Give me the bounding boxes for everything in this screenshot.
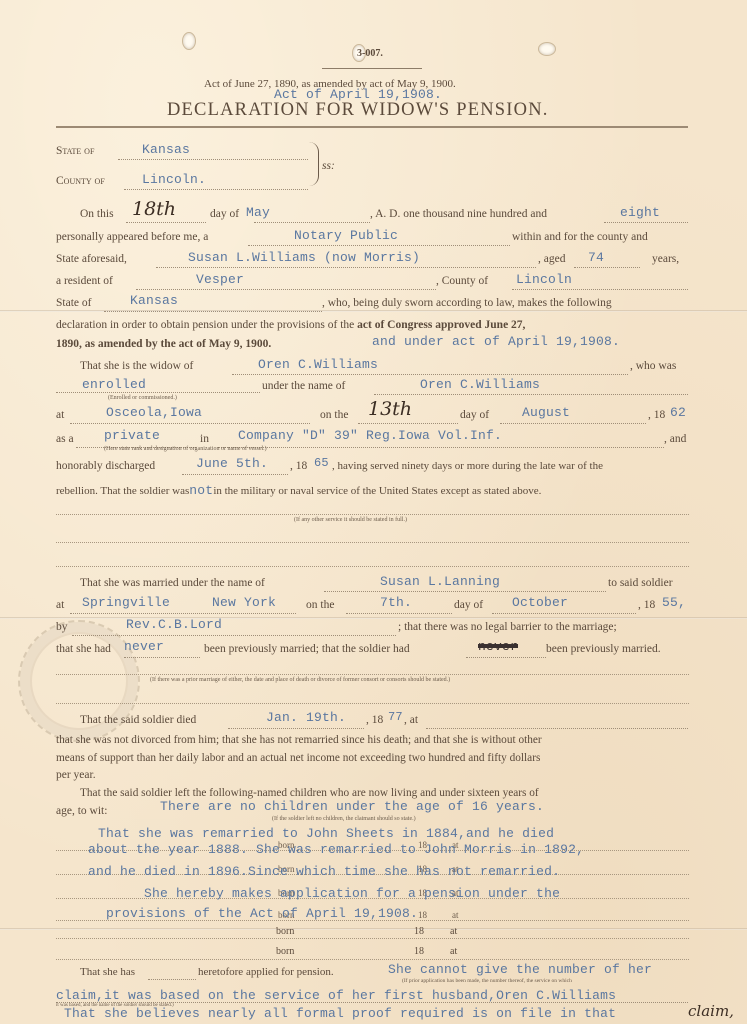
fold-line [0,928,747,930]
marriage-state-field[interactable]: New York [212,595,276,610]
prior-claim-field[interactable]: claim,it was based on the service of her… [56,988,616,1003]
hint-prior-marriage: (If there was a prior marriage of either… [150,677,450,683]
rebellion-line: rebellion. That the soldier wasnotin the… [56,483,541,498]
title-rule [56,126,688,128]
officer-field[interactable]: Notary Public [294,228,398,243]
discharge-year-field[interactable]: 65 [314,456,329,470]
label-at-row: at [450,946,457,957]
organization-field[interactable]: Company "D" 39" Reg.Iowa Vol.Inf. [238,428,502,443]
hint-children: (If the soldier left no children, the cl… [272,816,416,822]
remarriage-line-3: and he died in 1896.Since which time she… [88,864,560,879]
hint-enrolled: (Enrolled or commissioned.) [108,395,177,401]
label-18-3: , 18 [638,599,655,611]
enlist-month-field[interactable]: August [522,405,570,420]
label-at-3: , at [404,714,418,726]
label-on-the: on the [320,409,348,421]
day-field[interactable]: 18th [132,198,176,220]
application-line-2: provisions of the Act of April 19,1908. [106,906,418,921]
label-day-of: day of [210,208,239,220]
proof-on-file-field[interactable]: That she believes nearly all formal proo… [64,1006,616,1021]
label-18-row: 18 [414,926,424,937]
page-title: DECLARATION FOR WIDOW'S PENSION. [167,100,549,121]
label-died: That the said soldier died [80,714,196,726]
punch-hole [538,42,556,56]
soldier-previously-married-field[interactable]: never [478,639,518,654]
child-row-line [56,959,689,960]
blank-line [56,674,689,675]
month-field[interactable]: May [246,205,270,220]
label-she-has: That she has [80,966,135,978]
header-rule [322,68,422,69]
label-day-of-3: day of [454,599,483,611]
blank-line [56,566,689,567]
label-years: years, [652,253,679,265]
support-text: means of support than her daily labor an… [56,752,540,764]
label-18: , 18 [648,409,665,421]
hint-prior-application: (If prior application has been made, the… [402,978,572,984]
fold-line [0,617,747,619]
children-field[interactable]: There are no children under the age of 1… [160,799,544,814]
label-previously-end: been previously married. [546,643,661,655]
label-by: by [56,621,68,633]
resident-county-field[interactable]: Lincoln [516,272,572,287]
remarriage-line-1: That she was remarried to John Sheets in… [98,826,554,841]
enlist-year-field[interactable]: 62 [670,405,686,420]
label-on-the-2: on the [306,599,334,611]
hint-rank: (Here state rank and designation of orga… [104,446,267,452]
divorce-text: that she was not divorced from him; that… [56,734,542,746]
child-row-line [56,938,689,939]
per-year-text: per year. [56,769,96,781]
marriage-day-field[interactable]: 7th. [380,595,412,610]
hint-other-service: (If any other service it should be state… [294,517,407,523]
label-at-2: at [56,599,64,611]
residence-field[interactable]: Vesper [196,272,244,287]
form-number: 3-007. [357,48,383,59]
label-under-name: under the name of [262,380,345,392]
resident-state-field[interactable]: Kansas [130,293,178,308]
marriage-month-field[interactable]: October [512,595,568,610]
label-at: at [56,409,64,421]
label-within: within and for the county and [512,231,648,243]
claimant-name-field[interactable]: Susan L.Williams (now Morris) [188,250,420,265]
act-typed-addendum: and under act of April 19,1908. [372,334,620,349]
rank-field[interactable]: private [104,428,160,443]
death-date-field[interactable]: Jan. 19th. [266,710,346,725]
venue-county-field[interactable]: Lincoln. [142,172,206,187]
label-who-was: , who was [630,360,676,372]
enrolled-field[interactable]: enrolled [82,377,146,392]
label-resident: a resident of [56,275,113,287]
label-widow-of: That she is the widow of [80,360,193,372]
label-sworn: , who, being duly sworn according to law… [322,297,612,309]
soldier-name-field[interactable]: Oren C.Williams [258,357,378,372]
label-county-of: , County of [436,275,488,287]
state-label: State of [56,145,94,157]
label-to-wit: age, to wit: [56,805,107,817]
marriage-city-field[interactable]: Springville [82,595,170,610]
label-on-this: On this [80,208,114,220]
label-to-soldier: to said soldier [608,577,673,589]
blank-line [56,514,689,515]
handwritten-claim: claim, [688,1002,734,1020]
venue-state-field[interactable]: Kansas [142,142,190,157]
enlist-place-field[interactable]: Osceola,Iowa [106,405,202,420]
label-18-row: 18 [418,910,427,920]
label-as-a: as a [56,433,74,445]
label-ad: , A. D. one thousand nine hundred and [370,208,547,220]
prior-application-field[interactable]: She cannot give the number of her [388,962,652,977]
age-field[interactable]: 74 [588,250,604,265]
discharge-date-field[interactable]: June 5th. [196,456,268,471]
death-year-field[interactable]: 77 [388,710,403,724]
blank-line [56,703,689,704]
application-line-1: She hereby makes application for a pensi… [144,886,560,901]
punch-hole [182,32,196,50]
label-appeared: personally appeared before me, a [56,231,208,243]
label-in: in [200,433,209,445]
label-day-of-2: day of [460,409,489,421]
label-applied: heretofore applied for pension. [198,966,334,978]
label-married: That she was married under the name of [80,577,265,589]
label-at-row: at [450,926,457,937]
brace [308,142,319,186]
label-state-aforesaid: State aforesaid, [56,253,127,265]
marriage-year-field[interactable]: 55, [662,595,686,610]
ss-label: ss: [322,160,335,172]
act-bold-line: 1890, as amended by the act of May 9, 19… [56,338,271,350]
label-18-4: , 18 [366,714,383,726]
label-state-of: State of [56,297,91,309]
enlisted-name-field[interactable]: Oren C.Williams [420,377,540,392]
label-at-row: at [452,910,459,920]
maiden-name-field[interactable]: Susan L.Lanning [380,574,500,589]
she-previously-married-field[interactable]: never [124,639,164,654]
label-she-had: that she had [56,643,111,655]
county-label: County of [56,175,105,187]
enlist-day-field[interactable]: 13th [368,398,412,420]
label-18-2: , 18 [290,460,307,472]
label-barrier: ; that there was no legal barrier to the… [398,621,617,633]
remarriage-line-2: about the year 1888. She was remarried t… [88,842,584,857]
label-aged: , aged [538,253,565,265]
blank-line [56,542,689,543]
label-18-row: 18 [414,946,424,957]
label-discharged: honorably discharged [56,460,155,472]
label-born: born [276,926,294,937]
children-intro: That the said soldier left the following… [80,787,539,799]
label-and: , and [664,433,686,445]
declaration-text: declaration in order to obtain pension u… [56,319,525,331]
label-previously: been previously married; that the soldie… [204,643,410,655]
officiant-field[interactable]: Rev.C.B.Lord [126,617,222,632]
label-born: born [276,946,294,957]
label-served: , having served ninety days or more duri… [332,460,603,472]
year-field[interactable]: eight [620,205,660,220]
